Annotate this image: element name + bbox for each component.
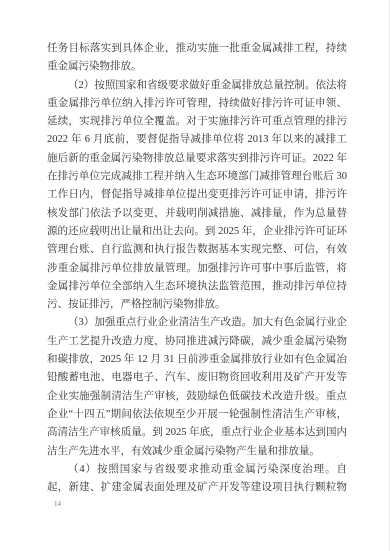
text-line: 工作日内，督促指导减排单位提出变更排污许可证申请，排污许可证 (47, 186, 347, 204)
text-line: 重金属污染物排放。 (47, 58, 347, 76)
text-line: 重金属排污单位纳入排污许可管理，持续做好排污许可证申领、变更、 (47, 95, 347, 113)
text-line: 生产工艺提升改造力度，协同推进减污降碳，减少重金属污染物排放 (47, 333, 347, 351)
text-line: 核发部门依法予以变更，并载明削减措施、减排量，作为总量替代来 (47, 205, 347, 223)
text-line: 企业实施强制清洁生产审核，鼓励绿色低碳技术改造升级。重点行业 (47, 388, 347, 406)
page-number: 14 (54, 499, 61, 509)
text-line: （3）加强重点行业企业清洁生产改造。加大有色金属行业企业 (47, 314, 347, 332)
text-line: 和碳排放，2025 年 12 月 31 日前涉重金属排放行业如有色金属冶炼、 (47, 351, 347, 369)
text-line: 金属排污单位全部纳入生态环境执法监管范围，推动排污单位持证排 (47, 278, 347, 296)
text-line: 污、按证排污，严格控制污染物排放。 (47, 296, 347, 314)
text-line: 延续，实现排污单位全覆盖。对于实施排污许可重点管理的排污单位， (47, 113, 347, 131)
text-line: 在排污单位完成减排工程并纳入生态环境部门减排管理台账后 30 个 (47, 168, 347, 186)
document-body: 任务目标落实到具体企业，推动实施一批重金属减排工程，持续减少 重金属污染物排放。… (47, 40, 347, 497)
document-page: 任务目标落实到具体企业，推动实施一批重金属减排工程，持续减少 重金属污染物排放。… (0, 0, 390, 551)
text-line: 企业“十四五”期间依法依规至少开展一轮强制性清洁生产审核，提 (47, 406, 347, 424)
text-line: （2）按照国家和省级要求做好重金属排放总量控制。依法将涉 (47, 77, 347, 95)
text-line: 施后新的重金属污染物排放总量要求落实到排污许可证。2022 年起， (47, 150, 347, 168)
text-line: 铅酸蓄电池、电器电子、汽车、废旧物资回收利用及矿产开发等行业 (47, 369, 347, 387)
text-line: （4）按照国家与省级要求推动重金属污染深度治理。自 2023 年 (47, 461, 347, 479)
text-line: 2022 年 6 月底前，要督促指导减排单位将 2013 年以来的减排工程实 (47, 131, 347, 149)
text-line: 起，新建、扩建金属表面处理及矿产开发等建设项目执行颗粒物和重 (47, 479, 347, 497)
text-line: 管理台账、自行监测和执行报告数据基本实现完整、可信，有效支撑 (47, 241, 347, 259)
text-line: 任务目标落实到具体企业，推动实施一批重金属减排工程，持续减少 (47, 40, 347, 58)
text-line: 源的还应载明出让量和出让去向。到 2025 年，企业排污许可证环境 (47, 223, 347, 241)
text-line: 涉重金属排污单位排放量管理。加强排污许可事中事后监管，将涉重 (47, 260, 347, 278)
text-line: 洁生产先进水平，有效减少重金属污染物产生量和排放量。 (47, 443, 347, 461)
text-line: 高清洁生产审核质量。到 2025 年底，重点行业企业基本达到国内清 (47, 424, 347, 442)
